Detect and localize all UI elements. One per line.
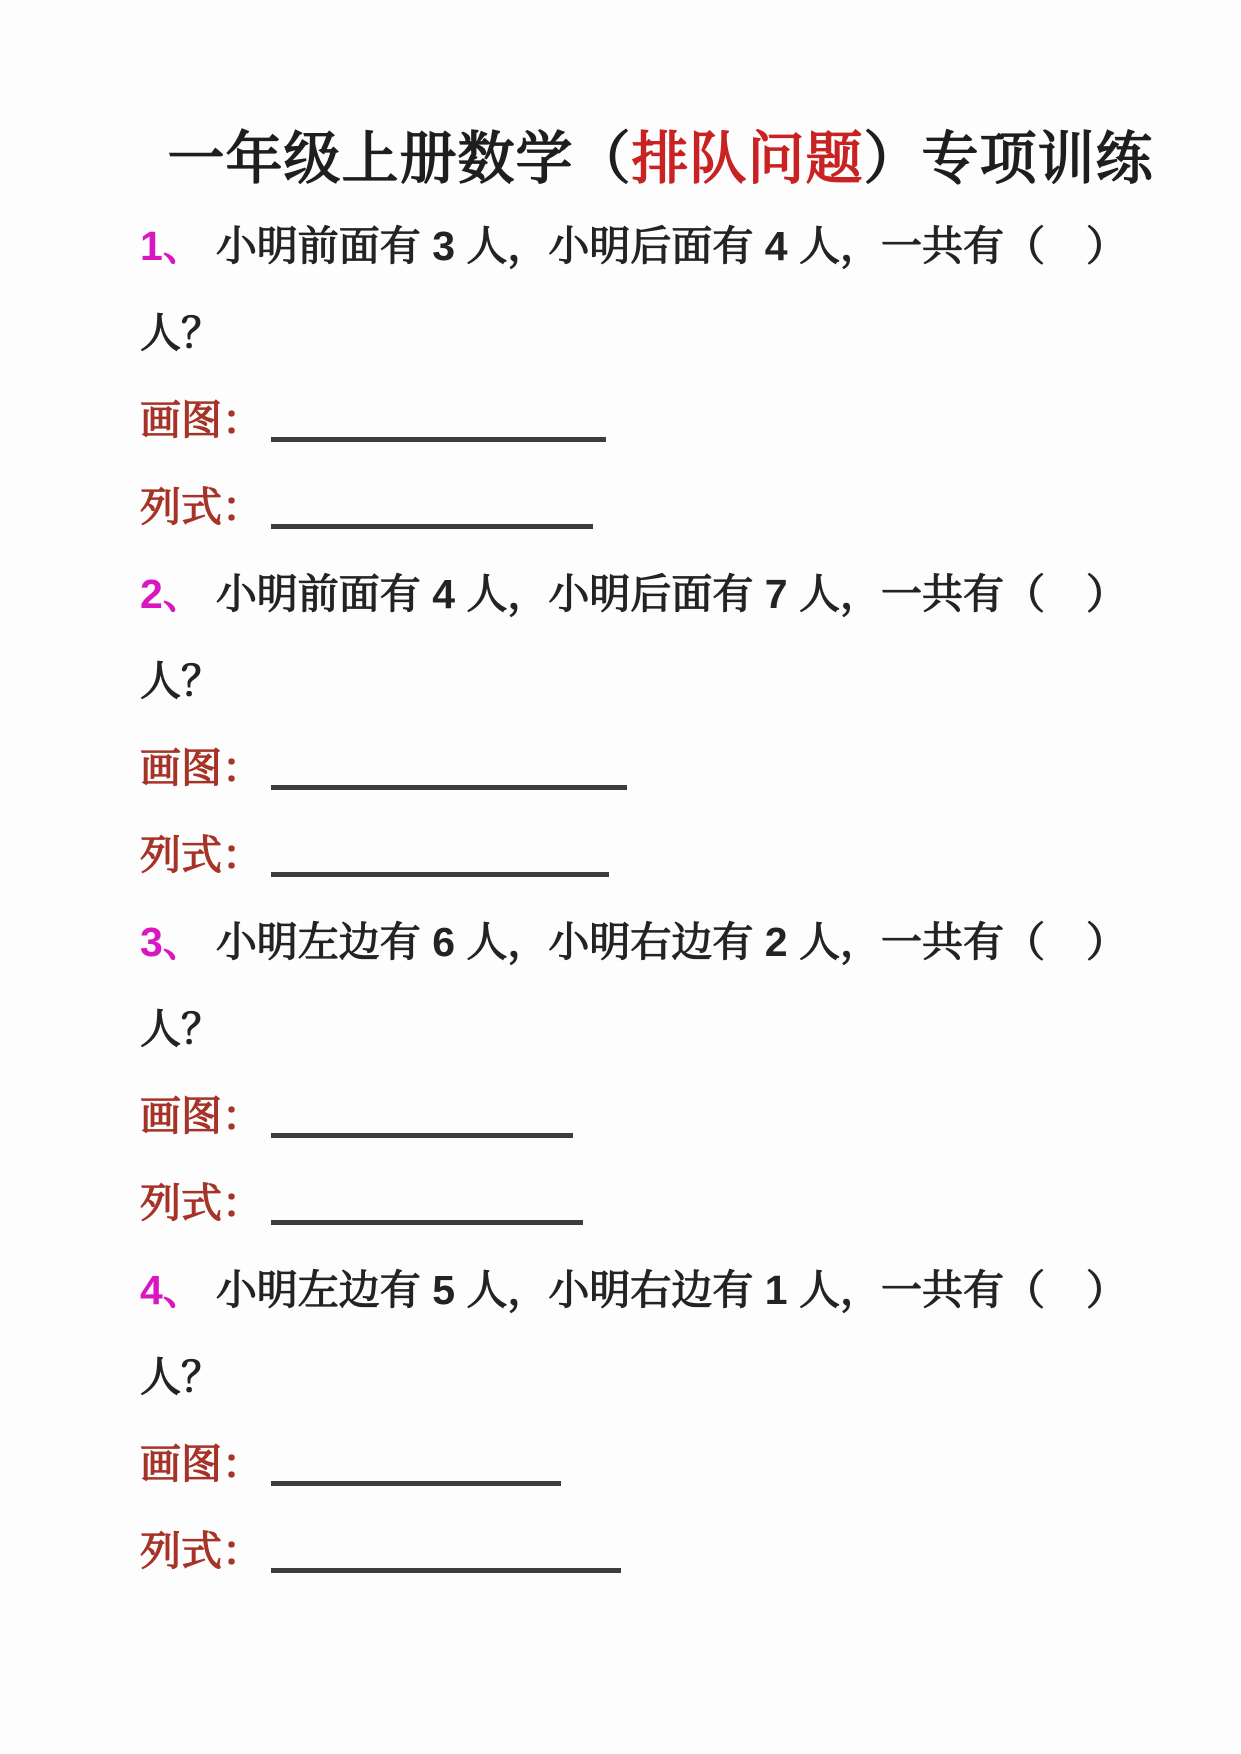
question-number: 3、: [140, 919, 204, 965]
question-text: 小明左边有 5 人，小明右边有 1 人，一共有（ ）: [216, 1267, 1127, 1313]
draw-label: 画图：: [140, 397, 263, 443]
question-number: 4、: [140, 1267, 204, 1313]
draw-line: 画图：: [140, 394, 1181, 446]
question-line-continued: 人？: [140, 1351, 1181, 1403]
formula-answer-blank: [271, 524, 593, 529]
question-line: 4、小明左边有 5 人，小明右边有 1 人，一共有（ ）: [140, 1264, 1181, 1316]
draw-label: 画图：: [140, 745, 263, 791]
title-suffix: ）专项训练: [864, 127, 1154, 191]
draw-answer-blank: [271, 437, 606, 442]
draw-label: 画图：: [140, 1441, 263, 1487]
page-title: 一年级上册数学（排队问题）专项训练: [140, 128, 1181, 190]
formula-line: 列式：: [140, 1177, 1181, 1229]
question-line-continued: 人？: [140, 655, 1181, 707]
formula-label: 列式：: [140, 1528, 263, 1574]
formula-label: 列式：: [140, 1180, 263, 1226]
question-line-continued: 人？: [140, 307, 1181, 359]
question-line-continued: 人？: [140, 1003, 1181, 1055]
draw-line: 画图：: [140, 1090, 1181, 1142]
draw-line: 画图：: [140, 742, 1181, 794]
title-prefix: 一年级上册数学（: [168, 127, 632, 191]
question-block-1: 1、小明前面有 3 人，小明后面有 4 人，一共有（ ） 人？ 画图： 列式：: [140, 220, 1181, 533]
question-text: 小明前面有 4 人，小明后面有 7 人，一共有（ ）: [216, 571, 1127, 617]
question-number: 1、: [140, 223, 204, 269]
formula-answer-blank: [271, 872, 609, 877]
draw-answer-blank: [271, 1481, 561, 1486]
question-line: 1、小明前面有 3 人，小明后面有 4 人，一共有（ ）: [140, 220, 1181, 272]
question-text: 小明前面有 3 人，小明后面有 4 人，一共有（ ）: [216, 223, 1127, 269]
formula-line: 列式：: [140, 481, 1181, 533]
draw-answer-blank: [271, 1133, 573, 1138]
formula-answer-blank: [271, 1220, 583, 1225]
draw-line: 画图：: [140, 1438, 1181, 1490]
question-line: 2、小明前面有 4 人，小明后面有 7 人，一共有（ ）: [140, 568, 1181, 620]
formula-label: 列式：: [140, 832, 263, 878]
question-text: 小明左边有 6 人，小明右边有 2 人，一共有（ ）: [216, 919, 1127, 965]
question-block-4: 4、小明左边有 5 人，小明右边有 1 人，一共有（ ） 人？ 画图： 列式：: [140, 1264, 1181, 1577]
draw-label: 画图：: [140, 1093, 263, 1139]
question-line: 3、小明左边有 6 人，小明右边有 2 人，一共有（ ）: [140, 916, 1181, 968]
draw-answer-blank: [271, 785, 627, 790]
question-number: 2、: [140, 571, 204, 617]
question-block-3: 3、小明左边有 6 人，小明右边有 2 人，一共有（ ） 人？ 画图： 列式：: [140, 916, 1181, 1229]
title-highlight: 排队问题: [632, 127, 864, 191]
worksheet-page: 一年级上册数学（排队问题）专项训练 1、小明前面有 3 人，小明后面有 4 人，…: [0, 0, 1241, 1577]
question-block-2: 2、小明前面有 4 人，小明后面有 7 人，一共有（ ） 人？ 画图： 列式：: [140, 568, 1181, 881]
formula-label: 列式：: [140, 484, 263, 530]
formula-answer-blank: [271, 1568, 621, 1573]
formula-line: 列式：: [140, 1525, 1181, 1577]
formula-line: 列式：: [140, 829, 1181, 881]
